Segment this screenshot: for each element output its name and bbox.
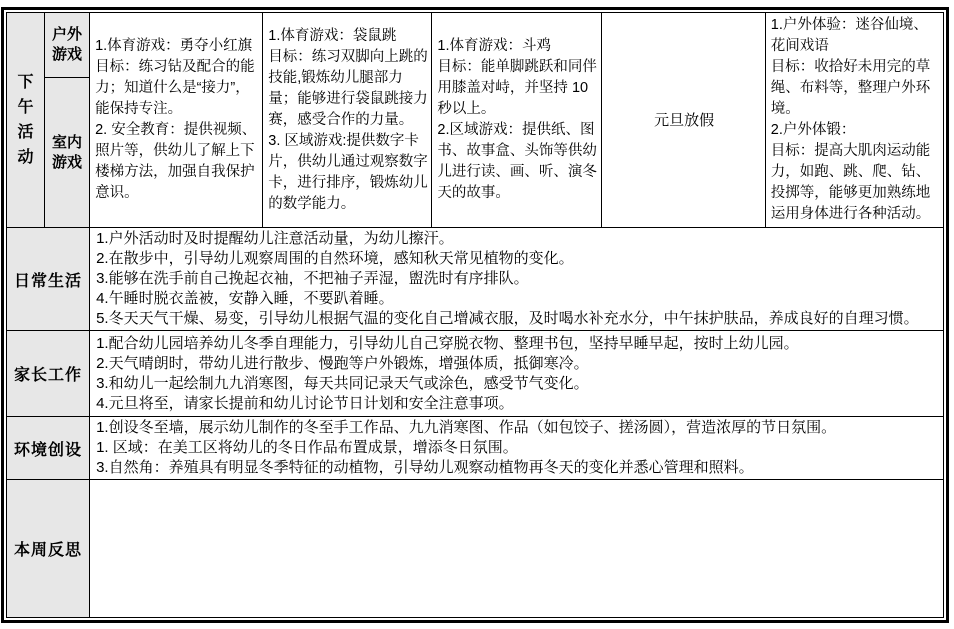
weekly-plan-table: 下午活动 户外游戏 1.体育游戏：勇夺小红旗 目标：练习钻及配合的能力；知道什么… xyxy=(1,7,949,623)
daily-life-content: 1.户外活动时及时提醒幼儿注意活动量，为幼儿擦汗。 2.在散步中，引导幼儿观察周… xyxy=(90,228,944,331)
parent-work-content: 1.配合幼儿园培养幼儿冬季自理能力，引导幼儿自己穿脱衣物、整理书包，坚持早睡早起… xyxy=(90,331,944,417)
day-cell-2: 1.体育游戏：袋鼠跳 目标：练习双脚向上跳的技能,锻炼幼儿腿部力量；能够进行袋鼠… xyxy=(263,13,432,228)
row-header-parent-work: 家长工作 xyxy=(7,331,90,417)
day-cell-3: 1.体育游戏：斗鸡 目标：能单脚跳跃和同伴用膝盖对峙，并坚持 10 秒以上。 2… xyxy=(432,13,601,228)
day-cell-4-holiday: 元旦放假 xyxy=(601,13,765,228)
day-cell-1: 1.体育游戏：勇夺小红旗 目标：练习钻及配合的能力；知道什么是“接力”，能保持专… xyxy=(90,13,263,228)
row-header-afternoon-activities: 下午活动 xyxy=(7,13,45,228)
environment-setup-content: 1.创设冬至墙，展示幼儿制作的冬至手工作品、九九消寒图、作品（如包饺子、搓汤圆）… xyxy=(90,417,944,480)
outdoor-games-label: 户外游戏 xyxy=(51,25,83,65)
row-header-environment-setup: 环境创设 xyxy=(7,417,90,480)
sub-header-outdoor-games: 户外游戏 xyxy=(45,13,90,78)
day-cell-5: 1.户外体验：迷谷仙境、花间戏语 目标：收拾好未用完的草绳、布料等，整理户外环境… xyxy=(765,13,943,228)
weekly-reflection-content xyxy=(90,480,944,618)
document-page: 下午活动 户外游戏 1.体育游戏：勇夺小红旗 目标：练习钻及配合的能力；知道什么… xyxy=(0,0,954,629)
afternoon-activities-label: 下午活动 xyxy=(17,70,34,170)
row-header-weekly-reflection: 本周反思 xyxy=(7,480,90,618)
indoor-games-label: 室内游戏 xyxy=(51,133,83,173)
plan-table: 下午活动 户外游戏 1.体育游戏：勇夺小红旗 目标：练习钻及配合的能力；知道什么… xyxy=(6,12,944,618)
sub-header-indoor-games: 室内游戏 xyxy=(45,78,90,228)
row-header-daily-life: 日常生活 xyxy=(7,228,90,331)
